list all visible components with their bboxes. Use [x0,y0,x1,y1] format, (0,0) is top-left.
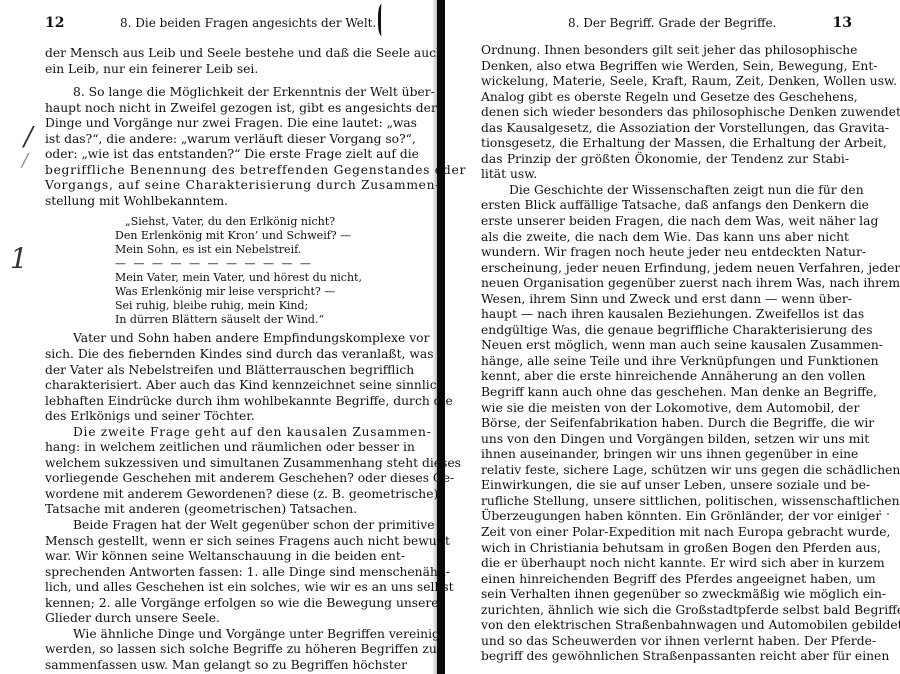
text-line: sich. Die des fiebernden Kindes sind dur… [45,347,405,363]
text-line: begriffliche Benennung des betreffenden … [45,163,405,179]
text-line: uns von den Dingen und Vorgängen bilden,… [481,432,849,448]
text-line: kennt, aber die erste hinreichende Annäh… [481,369,849,385]
left-page-body: der Mensch aus Leib und Seele bestehe un… [45,46,405,674]
page-number: 12 [45,14,64,32]
text-line: lebhaften Eindrücke durch ihm wohlbekann… [45,394,405,410]
text-line: Die Geschichte der Wissenschaften zeigt … [481,183,849,199]
text-line: Tatsache mit anderen (geometrischen) Tat… [45,502,405,518]
text-line: denen sich wieder besonders das philosop… [481,105,849,121]
text-line: Vater und Sohn haben andere Empfindungsk… [45,331,405,347]
book-gutter [437,0,445,674]
text-line: sein Verhalten ihnen gegenüber so zweckm… [481,587,849,603]
text-line: Einwirkungen, die sie auf unser Leben, u… [481,478,849,494]
text-line: lich, und alles Geschehen ist ein solche… [45,580,405,596]
text-line: einen hinreichenden Begriff des Pferdes … [481,572,849,588]
pencil-bracket-mark [378,4,387,36]
pencil-scribble-mark [872,514,874,516]
text-line: ersten Blick auffällige Tatsache, daß an… [481,198,849,214]
text-line: des Erlkönigs und seiner Töchter. [45,409,405,425]
pencil-scribble-mark [887,513,889,515]
poem-line: „Siehst, Vater, du den Erlkönig nicht? [115,215,405,229]
text-line: sprechenden Antworten fassen: 1. alle Di… [45,565,405,581]
text-line: haupt — nach ihren kausalen Beziehungen.… [481,307,849,323]
book-spread: 12 8. Die beiden Fragen angesichts der W… [0,0,900,674]
text-line: Ordnung. Ihnen besonders gilt seit jeher… [481,43,849,59]
poem-line: Mein Sohn, es ist ein Nebelstreif. [115,243,405,257]
poem-line: Was Erlenkönig mir leise verspricht? — [115,285,405,299]
left-page-body-continued: Vater und Sohn haben andere Empfindungsk… [45,331,405,673]
text-line: wundern. Wir fragen noch heute jeder neu… [481,245,849,261]
text-line: von den elektrischen Straßenbahnwagen un… [481,618,849,634]
section-start-line: 8. So lange die Möglichkeit der Erkenntn… [45,85,405,101]
text-line: vorliegende Geschehen mit anderem Gesche… [45,471,405,487]
text-line: kennen; 2. alle Vorgänge erfolgen so wie… [45,596,405,612]
text-line: Glieder durch unsere Seele. [45,611,405,627]
text-line: Denken, also etwa Begriffen wie Werden, … [481,59,849,75]
text-line: wordene mit anderem Gewordenen? diese (z… [45,487,405,503]
text-line: endgültige Was, die genaue begriffliche … [481,323,849,339]
text-line: werden, so lassen sich solche Begriffe z… [45,642,405,658]
text-line: ihnen auseinander, bringen wir uns ihnen… [481,447,849,463]
text-line: relativ feste, sichere Lage, schützen wi… [481,463,849,479]
text-line: das Kausalgesetz, die Assoziation der Vo… [481,121,849,137]
text-line: charakterisiert. Aber auch das Kind kenn… [45,378,405,394]
paragraph-gap [45,77,405,85]
text-line: neuen Organisation gegenüber zuerst nach… [481,276,849,292]
text-line: oder: „wie ist das entstanden?“ Die erst… [45,147,405,163]
text-line: der Vater als Nebelstreifen und Blätterr… [45,363,405,379]
text-line: lität usw. [481,167,849,183]
text-line: begriff des gewöhnlichen Straßenpassante… [481,649,849,665]
text-line: Börse, der Seifenfabrikation haben. Durc… [481,416,849,432]
right-page-header: 8. Der Begriff. Grade der Begriffe. 13 [482,14,852,32]
text-line: Analog gibt es oberste Regeln und Gesetz… [481,90,849,106]
pencil-scribble-mark [865,508,867,510]
poem-line: In dürren Blättern säuselt der Wind.“ [115,313,405,327]
text-line: das Prinzip der größten Ökonomie, der Te… [481,152,849,168]
text-line: Überzeugungen haben könnten. Ein Grönlän… [481,509,849,525]
right-page: 8. Der Begriff. Grade der Begriffe. 13 O… [447,0,900,674]
poem-line: Mein Vater, mein Vater, und hörest du ni… [115,271,405,285]
pencil-scribble-mark [857,512,859,514]
text-line: ein Leib, nur ein feinerer Leib sei. [45,62,405,78]
text-line: zurichten, ähnlich wie sich die Großstad… [481,603,849,619]
left-page: 12 8. Die beiden Fragen angesichts der W… [0,0,437,674]
text-line: Vorgangs, auf seine Charakterisierung du… [45,178,405,194]
text-line: Die zweite Frage geht auf den kausalen Z… [45,425,405,441]
text-line: die er überhaupt noch nicht kannte. Er w… [481,556,849,572]
pencil-margin-mark: / [22,150,28,171]
poem-line: Den Erlenkönig mit Kron’ und Schweif? — [115,229,405,243]
text-line: Wesen, ihrem Sinn und Zweck und erst dan… [481,292,849,308]
pencil-scribble-mark [879,510,881,512]
pencil-margin-mark: / [24,122,33,152]
pencil-margin-mark: 1 [10,242,28,275]
text-line: hang: in welchem zeitlichen und räumlich… [45,440,405,456]
page-number: 13 [833,14,852,32]
text-line: rufliche Stellung, unsere sittlichen, po… [481,494,849,510]
text-line: als die zweite, die nach dem Wie. Das ka… [481,230,849,246]
text-line: Mensch gestellt, wenn er sich seines Fra… [45,534,405,550]
poem-separator: — — — — — — — — — — — [115,257,405,271]
text-line: war. Wir können seine Weltanschauung in … [45,549,405,565]
running-title: 8. Der Begriff. Grade der Begriffe. [568,14,776,32]
poem-line: Sei ruhig, bleibe ruhig, mein Kind; [115,299,405,313]
text-line: sammenfassen usw. Man gelangt so zu Begr… [45,658,405,674]
text-line: tionsgesetz, die Erhaltung der Massen, d… [481,136,849,152]
text-line: ist das?“, die andere: „warum verläuft d… [45,132,405,148]
text-line: wie sie die meisten von der Lokomotive, … [481,401,849,417]
running-title: 8. Die beiden Fragen angesichts der Welt… [120,14,376,32]
text-line: und so das Scheuwerden vor ihnen verlern… [481,634,849,650]
poem-erlkoenig: „Siehst, Vater, du den Erlkönig nicht? D… [45,215,405,327]
text-line: erste unserer beiden Fragen, die nach de… [481,214,849,230]
text-line: hänge, alle seine Teile und ihre Verknüp… [481,354,849,370]
text-line: erscheinung, jeder neuen Erfindung, jede… [481,261,849,277]
text-line: wich in Christiania behutsam in großen B… [481,541,849,557]
text-line: wickelung, Materie, Seele, Kraft, Raum, … [481,74,849,90]
text-line: Beide Fragen hat der Welt gegenüber scho… [45,518,405,534]
right-page-body: Ordnung. Ihnen besonders gilt seit jeher… [481,43,849,665]
text-line: haupt noch nicht in Zweifel gezogen ist,… [45,101,405,117]
text-line: Neuen erst möglich, wenn man auch seine … [481,338,849,354]
text-line: welchem sukzessiven und simultanen Zusam… [45,456,405,472]
text-line: Zeit von einer Polar-Expedition mit nach… [481,525,849,541]
text-line: der Mensch aus Leib und Seele bestehe un… [45,46,405,62]
text-line: Wie ähnliche Dinge und Vorgänge unter Be… [45,627,405,643]
left-page-header: 12 8. Die beiden Fragen angesichts der W… [45,14,405,32]
text-line: Dinge und Vorgänge nur zwei Fragen. Die … [45,116,405,132]
text-line: stellung mit Wohlbekanntem. [45,194,405,210]
text-line: Begriff kann auch ohne das geschehen. Ma… [481,385,849,401]
